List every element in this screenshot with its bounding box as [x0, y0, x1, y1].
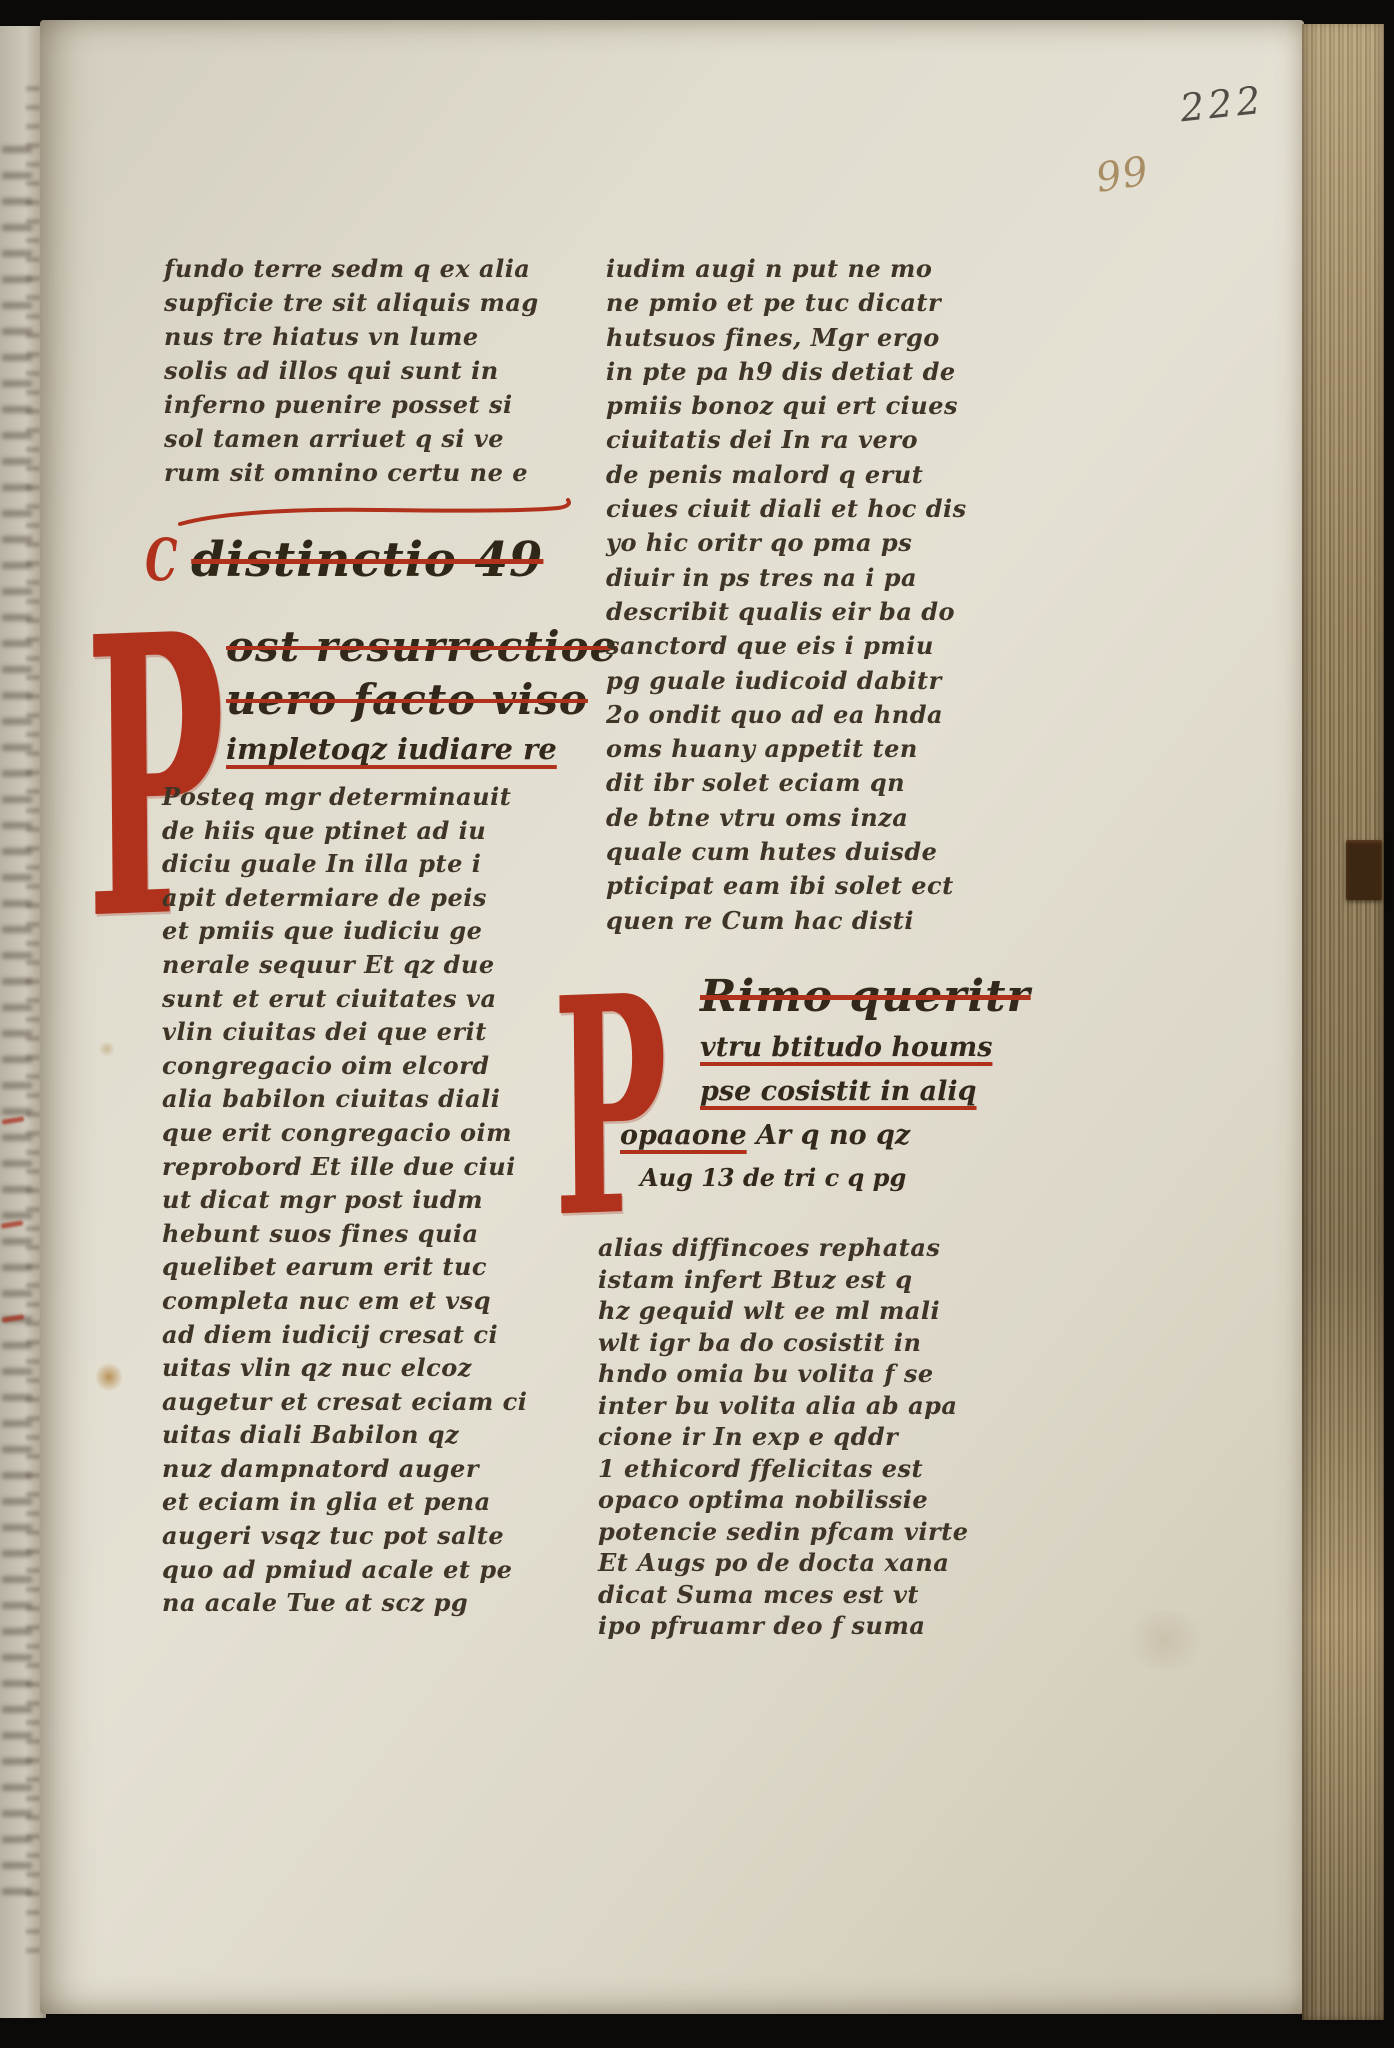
facing-page-text-blur-2 [26, 86, 40, 1966]
text-line: cione ir In exp e qddr [598, 1421, 1038, 1453]
text-line: potencie sedin pfcam virte [598, 1516, 1038, 1548]
text-line: sunt et erut ciuitates va [162, 982, 572, 1016]
text-line: pticipat eam ibi solet ect [606, 869, 1046, 903]
text-line: rum sit omnino certu ne e [164, 456, 574, 490]
text-line: hz gequid wlt ee ml mali [598, 1295, 1038, 1327]
incipit-line: vtru btitudo houms [700, 1026, 1031, 1070]
text-line: nus tre hiatus vn lume [164, 320, 574, 354]
incipit-line: ost resurrectioe [226, 620, 617, 673]
incipit-line: Rimo queritr [700, 968, 1031, 1026]
underlined-text: vtru btitudo houms [700, 1032, 992, 1063]
text-line: quo ad pmiud acale et pe [162, 1553, 572, 1587]
text-line: ut dicat mgr post iudm [162, 1183, 572, 1217]
text-line: alias diffincoes rephatas [598, 1232, 1038, 1264]
text-line: supficie tre sit aliquis mag [164, 286, 574, 320]
plain-text: Ar q no qz [747, 1120, 911, 1151]
text-line: de hiis que ptinet ad iu [162, 814, 572, 848]
text-line: reprobord Et ille due ciui [162, 1150, 572, 1184]
incipit-line: uero facto viso [226, 673, 617, 726]
text-line: uitas diali Babilon qz [162, 1418, 572, 1452]
text-line: ciues ciuit diali et hoc dis [606, 492, 1046, 526]
stain [96, 1362, 122, 1392]
drop-cap-initial-right: P [552, 956, 669, 1259]
left-column-body: Posteq mgr determinauitde hiis que ptine… [162, 780, 572, 1620]
text-line: istam infert Btuz est q [598, 1264, 1038, 1296]
text-line: congregacio oim elcord [162, 1049, 572, 1083]
text-line: solis ad illos qui sunt in [164, 354, 574, 388]
text-line: 2o ondit quo ad ea hnda [606, 698, 1046, 732]
incipit-left: ost resurrectioe uero facto viso impleto… [226, 620, 617, 772]
text-line: de penis malord q erut [606, 458, 1046, 492]
text-line: oms huany appetit ten [606, 732, 1046, 766]
text-line: sanctord que eis i pmiu [606, 629, 1046, 663]
incipit-right: Rimo queritr vtru btitudo houms pse cosi… [700, 968, 1031, 1198]
stain [98, 1042, 116, 1056]
text-line: nuz dampnatord auger [162, 1452, 572, 1486]
text-line: 1 ethicord ffelicitas est [598, 1453, 1038, 1485]
text-line: inter bu volita alia ab apa [598, 1390, 1038, 1422]
text-line: fundo terre sedm q ex alia [164, 252, 574, 286]
text-line: describit qualis eir ba do [606, 595, 1046, 629]
text-line: ciuitatis dei In ra vero [606, 423, 1046, 457]
text-line: apit determiare de peis [162, 881, 572, 915]
text-line: opaco optima nobilissie [598, 1484, 1038, 1516]
folio-number: 222 [1178, 78, 1267, 131]
fore-edge-sheen [1302, 24, 1384, 2020]
text-line: Et Augs po de docta xana [598, 1547, 1038, 1579]
text-line: hebunt suos fines quia [162, 1217, 572, 1251]
incipit-line: impletoqz iudiare re [226, 726, 617, 772]
stain [1120, 1610, 1210, 1670]
text-line: ad diem iudicij cresat ci [162, 1318, 572, 1352]
text-line: hutsuos fines, Mgr ergo [606, 321, 1046, 355]
heading-flourish [178, 498, 578, 528]
text-line: vlin ciuitas dei que erit [162, 1015, 572, 1049]
text-line: que erit congregacio oim [162, 1116, 572, 1150]
quire-mark: 99 [1093, 148, 1152, 202]
manuscript-photo: 222 99 fundo terre sedm q ex aliasupfici… [0, 0, 1394, 2048]
text-line: et eciam in glia et pena [162, 1485, 572, 1519]
text-line: ne pmio et pe tuc dicatr [606, 286, 1046, 320]
incipit-line: opaaone Ar q no qz [620, 1114, 1031, 1158]
text-line: augeri vsqz tuc pot salte [162, 1519, 572, 1553]
text-line: quale cum hutes duisde [606, 835, 1046, 869]
text-line: hndo omia bu volita f se [598, 1358, 1038, 1390]
left-column-opening: fundo terre sedm q ex aliasupficie tre s… [164, 252, 574, 490]
text-line: de btne vtru oms inza [606, 801, 1046, 835]
fore-edge [1302, 24, 1384, 2020]
text-line: quelibet earum erit tuc [162, 1250, 572, 1284]
text-line: Posteq mgr determinauit [162, 780, 572, 814]
text-line: sol tamen arriuet q si ve [164, 422, 574, 456]
text-line: quen re Cum hac disti [606, 904, 1046, 938]
text-line: augetur et cresat eciam ci [162, 1385, 572, 1419]
text-line: nerale sequur Et qz due [162, 948, 572, 982]
leather-bookmark-tab [1346, 840, 1382, 900]
text-line: yo hic oritr qo pma ps [606, 526, 1046, 560]
text-line: wlt igr ba do cosistit in [598, 1327, 1038, 1359]
text-line: alia babilon ciuitas diali [162, 1082, 572, 1116]
text-line: diuir in ps tres na i pa [606, 561, 1046, 595]
underlined-text: pse cosistit in aliq [700, 1076, 977, 1107]
text-line: dicat Suma mces est vt [598, 1579, 1038, 1611]
text-line: et pmiis que iudiciu ge [162, 914, 572, 948]
text-line: ipo pfruamr deo f suma [598, 1610, 1038, 1642]
text-line: pmiis bonoz qui ert ciues [606, 389, 1046, 423]
incipit-line: Aug 13 de tri c q pg [640, 1158, 1031, 1198]
text-line: dit ibr solet eciam qn [606, 766, 1046, 800]
text-line: iudim augi n put ne mo [606, 252, 1046, 286]
text-line: diciu guale In illa pte i [162, 847, 572, 881]
right-column-top: iudim augi n put ne mone pmio et pe tuc … [606, 252, 1046, 938]
underlined-text: opaaone [620, 1120, 747, 1151]
text-line: na acale Tue at scz pg [162, 1586, 572, 1620]
text-line: inferno puenire posset si [164, 388, 574, 422]
right-column-body: alias diffincoes rephatasistam infert Bt… [598, 1232, 1038, 1642]
incipit-line: pse cosistit in aliq [700, 1070, 1031, 1114]
text-line: in pte pa h9 dis detiat de [606, 355, 1046, 389]
text-line: uitas vlin qz nuc elcoz [162, 1351, 572, 1385]
heading-label: distinctio 49 [191, 532, 543, 588]
text-line: pg guale iudicoid dabitr [606, 664, 1046, 698]
text-line: completa nuc em et vsq [162, 1284, 572, 1318]
